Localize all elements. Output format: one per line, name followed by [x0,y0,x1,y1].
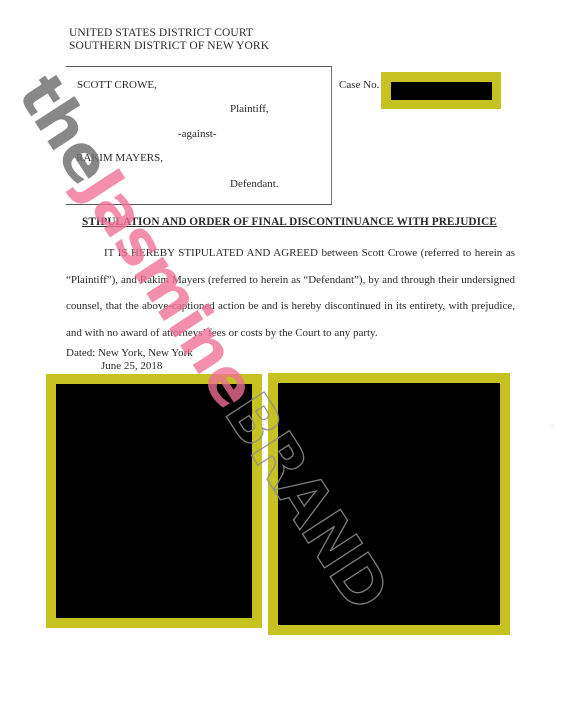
case-number-label: Case No. [339,79,379,91]
plaintiff-name: SCOTT CROWE, [77,79,157,91]
dated-date: June 25, 2018 [66,360,193,373]
stipulation-paragraph: IT IS HEREBY STIPULATED AND AGREED betwe… [66,240,515,346]
redaction-fill [56,384,252,618]
signature-redaction-left [46,374,262,628]
redaction-fill [391,82,492,100]
court-name: UNITED STATES DISTRICT COURT [69,27,269,40]
dated-block: Dated: New York, New York June 25, 2018 [66,347,193,373]
plaintiff-role: Plaintiff, [230,103,269,115]
court-header: UNITED STATES DISTRICT COURT SOUTHERN DI… [69,27,269,53]
document-title: STIPULATION AND ORDER OF FINAL DISCONTIN… [82,216,497,228]
court-district: SOUTHERN DISTRICT OF NEW YORK [69,40,269,53]
signature-redaction-right [268,373,510,635]
case-number-redaction [381,72,501,109]
defendant-name: RAKIM MAYERS, [76,152,163,164]
versus-label: -against- [178,128,216,140]
redaction-fill [278,383,500,625]
scan-artifact [551,425,554,426]
dated-location: Dated: New York, New York [66,347,193,360]
defendant-role: Defendant. [230,178,279,190]
